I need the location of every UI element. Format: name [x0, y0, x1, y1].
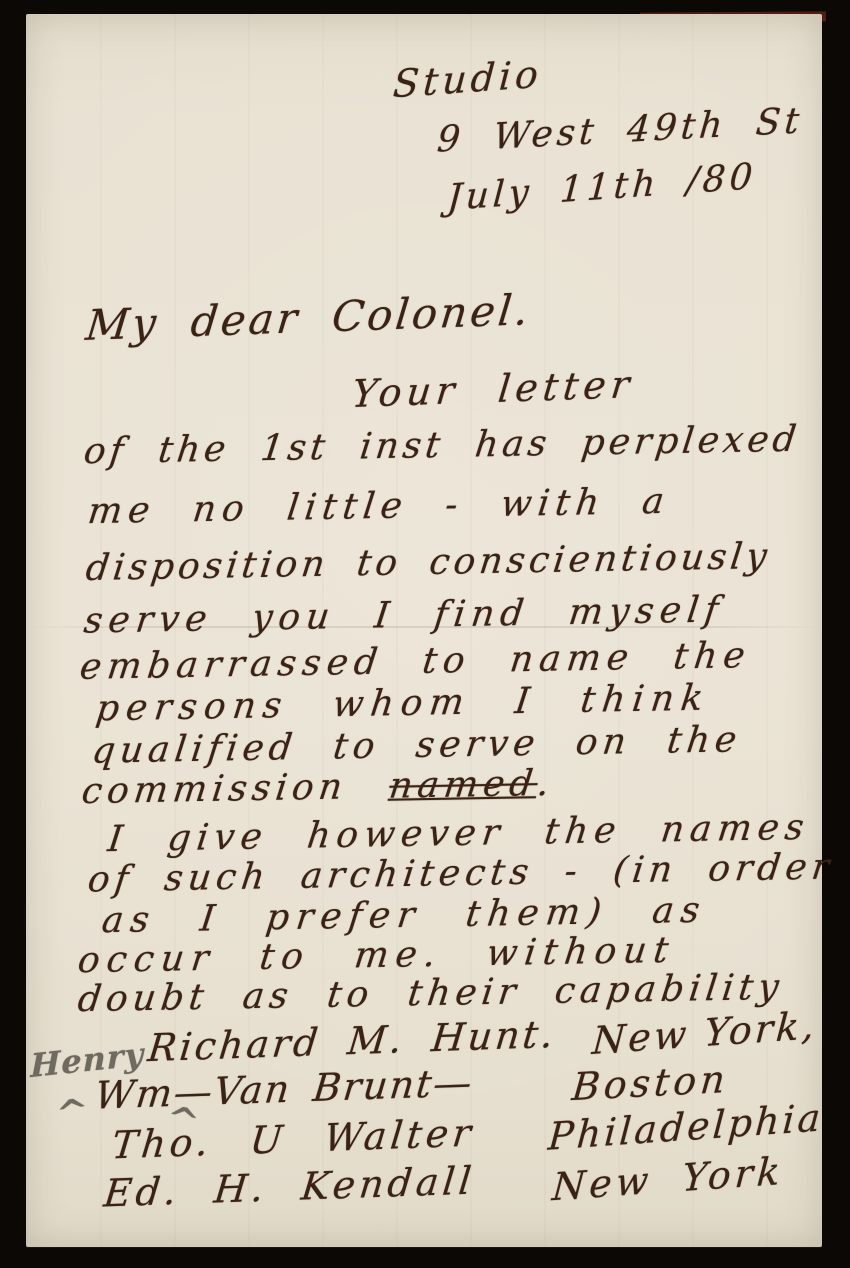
architect-name: Wm—Van Brunt— — [93, 1063, 475, 1114]
architect-name: Richard M. Hunt. — [146, 1015, 558, 1067]
heading-place: Studio — [392, 55, 543, 104]
architect-city: New York, — [591, 1006, 818, 1060]
pencil-insert-caret: ^ — [163, 1101, 202, 1138]
salutation: My dear Colonel. — [84, 289, 533, 347]
body-line: persons whom I think — [94, 681, 712, 728]
commission-word: commission — [80, 766, 350, 812]
architect-city: New York — [551, 1152, 785, 1206]
body-line: of the 1st inst has perplexed — [82, 422, 802, 471]
architect-city: Boston — [570, 1060, 730, 1106]
opening-line: Your letter — [350, 365, 636, 413]
body-line: disposition to conscientiously — [84, 539, 773, 587]
body-line: of such architects - (in order — [86, 849, 836, 898]
architect-name: Ed. H. Kendall — [102, 1161, 477, 1212]
commission-line: commission named. — [80, 766, 556, 810]
body-line: me no little - with a — [86, 484, 672, 530]
body-line: serve you I find myself — [82, 592, 726, 639]
commission-period: . — [535, 763, 556, 804]
pencil-margin-caret: ^ — [54, 1094, 92, 1130]
page-stack-edge — [40, 1244, 822, 1255]
body-line: qualified to serve on the — [90, 722, 744, 769]
struck-out-word: named — [387, 763, 540, 807]
photo-background: Studio 9 West 49th St July 11th /80 My d… — [0, 0, 850, 1268]
letter-page: Studio 9 West 49th St July 11th /80 My d… — [26, 14, 822, 1247]
body-line: doubt as to their capability — [76, 970, 786, 1018]
heading-date: July 11th /80 — [446, 159, 758, 217]
heading-address: 9 West 49th St — [436, 103, 805, 158]
